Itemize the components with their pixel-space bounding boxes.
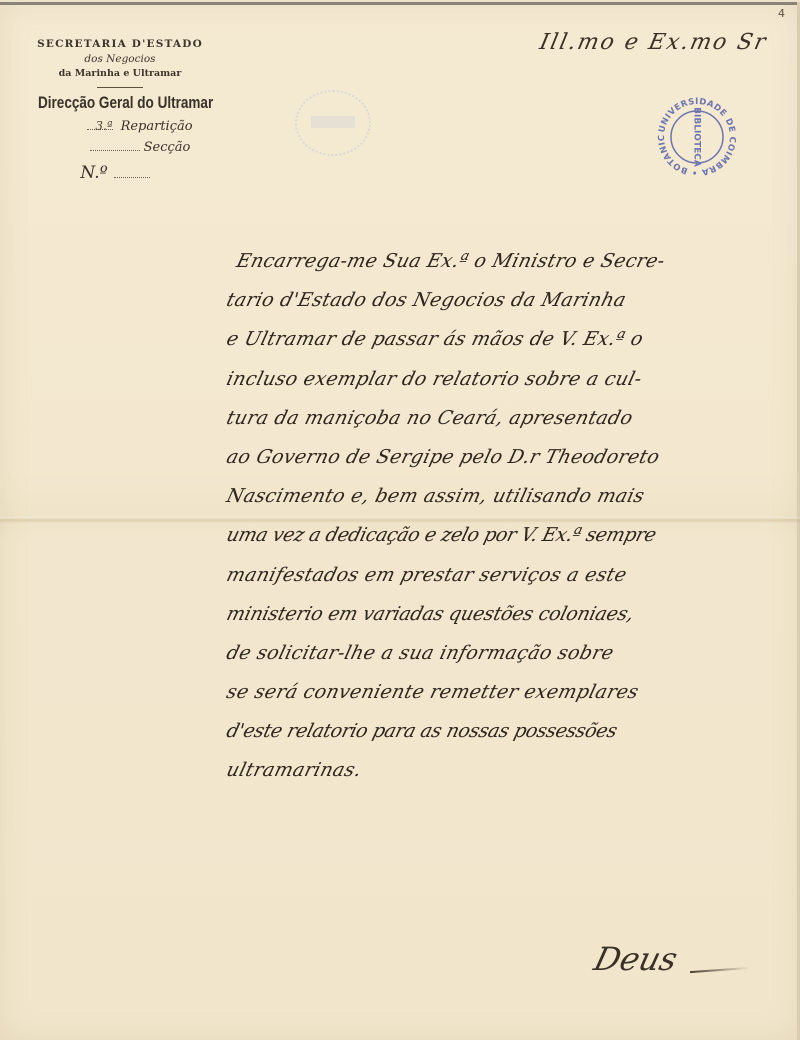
faded-stamp <box>295 90 371 156</box>
letterhead-negocios: dos Negocios <box>20 53 220 65</box>
letterhead-divider <box>97 87 143 88</box>
reparticao-field: 3.ª Repartição <box>60 119 220 134</box>
body-line: tario d'Estado dos Negocios da Marinha <box>222 281 800 320</box>
numero-dots <box>114 167 150 178</box>
svg-text:BIBLIOTECA: BIBLIOTECA <box>692 107 702 167</box>
body-line: Encarrega-me Sua Ex.ª o Ministro e Secre… <box>222 242 800 281</box>
letterhead-secretaria: SECRETARIA D'ESTADO <box>20 38 220 50</box>
body-line: ministerio em variadas questões coloniae… <box>222 595 800 634</box>
reparticao-label: Repartição <box>121 119 193 134</box>
closing-flourish <box>690 967 750 973</box>
letterhead: SECRETARIA D'ESTADO dos Negocios da Mari… <box>20 32 220 183</box>
closing-deus: Deus <box>590 940 681 978</box>
body-line: de solicitar-lhe a sua informação sobre <box>222 634 800 673</box>
salutation: Ill.mo e Ex.mo Sr <box>537 30 769 55</box>
body-line: ultramarinas. <box>222 751 800 790</box>
body-line: incluso exemplar do relatorio sobre a cu… <box>222 360 800 399</box>
seccao-label: Secção <box>144 140 191 155</box>
body-line: Nascimento e, bem assim, utilisando mais <box>222 477 800 516</box>
document-page: 4 SECRETARIA D'ESTADO dos Negocios da Ma… <box>0 2 800 1040</box>
letterhead-marinha: da Marinha e Ultramar <box>20 68 220 79</box>
body-line: uma vez a dedicação e zelo por V. Ex.ª s… <box>222 516 800 555</box>
letter-body: Encarrega-me Sua Ex.ª o Ministro e Secre… <box>222 242 797 791</box>
body-line: manifestados em prestar serviços a este <box>222 556 800 595</box>
seccao-field: Secção <box>60 140 220 155</box>
page-top-edge <box>0 2 800 5</box>
body-line: d'este relatorio para as nossas possessõ… <box>222 712 800 751</box>
numero-field: N.º <box>10 163 220 183</box>
seccao-dots <box>90 140 140 151</box>
library-stamp-icon: UNIVERSIDADE DE COIMBRA • BOTANICA • BIB… <box>654 94 740 180</box>
page-number: 4 <box>778 7 785 20</box>
body-line: e Ultramar de passar ás mãos de V. Ex.ª … <box>222 320 800 359</box>
library-stamp: UNIVERSIDADE DE COIMBRA • BOTANICA • BIB… <box>654 94 740 180</box>
body-line: se será conveniente remetter exemplares <box>222 673 800 712</box>
numero-label: N.º <box>80 163 107 183</box>
reparticao-value: 3.ª <box>95 119 112 133</box>
body-line: ao Governo de Sergipe pelo D.r Theodoret… <box>222 438 800 477</box>
body-line: tura da maniçoba no Ceará, apresentado <box>222 399 800 438</box>
faded-stamp-center <box>311 116 355 128</box>
letterhead-direccao: Direcção Geral do Ultramar <box>38 94 202 113</box>
